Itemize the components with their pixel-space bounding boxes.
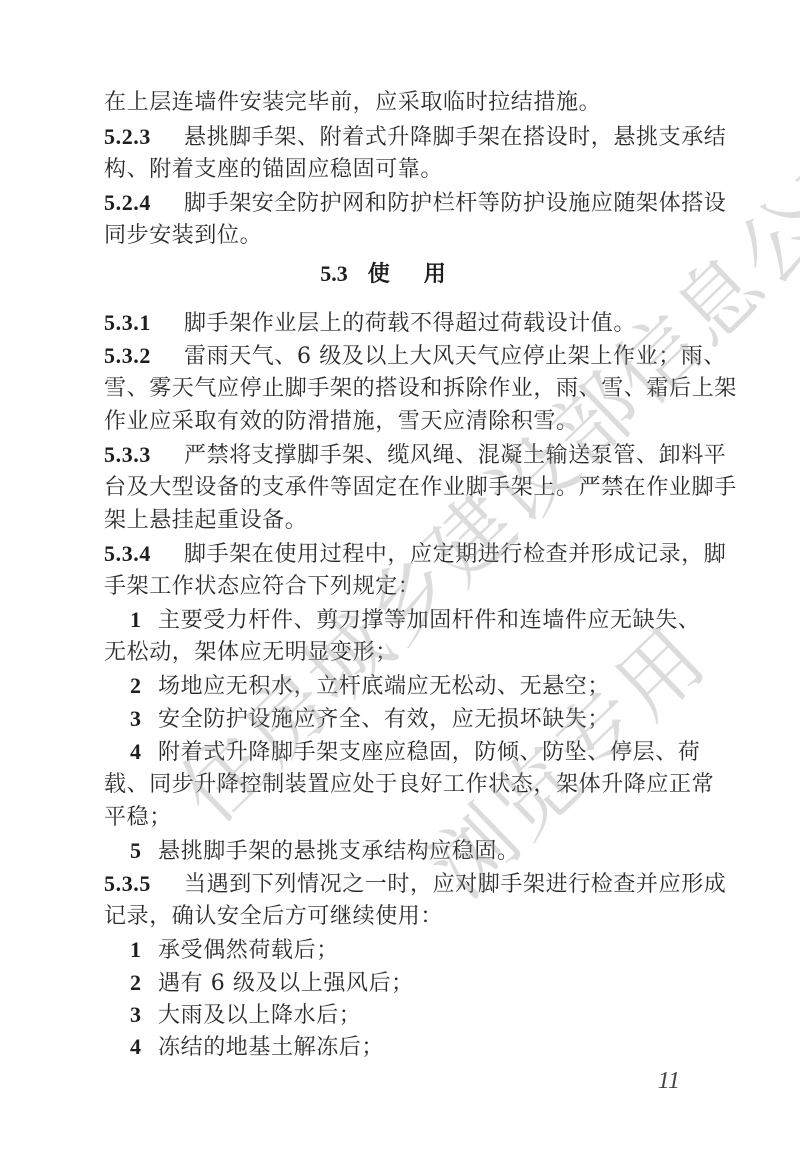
text-line: 载、同步升降控制装置应处于良好工作状态，架体升降应正常 — [104, 770, 704, 800]
item-text: 场地应无积水，立杆底端应无松动、无悬空； — [158, 674, 610, 699]
item-number: 2 — [130, 968, 158, 998]
list-item: 4冻结的地基土解冻后； — [130, 1032, 730, 1063]
section-heading: 5.3使用 — [0, 259, 800, 289]
item-number: 4 — [130, 1032, 158, 1062]
list-item: 4附着式升降脚手架支座应稳固，防倾、防坠、停层、荷 — [130, 737, 730, 768]
clause-number: 5.3.1 — [104, 308, 184, 338]
list-item: 5悬挑脚手架的悬挑支承结构应稳固。 — [130, 836, 730, 867]
clause-number: 5.2.3 — [104, 122, 184, 152]
clause-5-3-3: 5.3.3严禁将支撑脚手架、缆风绳、混凝土输送泵管、卸料平 — [104, 440, 704, 471]
clause-number: 5.3.4 — [104, 539, 184, 569]
text-line: 构、附着支座的锚固应稳固可靠。 — [104, 155, 704, 185]
clause-5-2-4: 5.2.4脚手架安全防护网和防护栏杆等防护设施应随架体搭设 — [104, 188, 704, 219]
item-text: 悬挑脚手架的悬挑支承结构应稳固。 — [158, 839, 520, 864]
text-line: 平稳； — [104, 803, 704, 833]
item-number: 2 — [130, 671, 158, 701]
paragraph-text: 在上层连墙件安装完毕前，应采取临时拉结措施。 — [104, 90, 601, 115]
clause-number: 5.3.2 — [104, 341, 184, 371]
item-text: 主要受力杆件、剪刀撑等加固杆件和连墙件应无缺失、 — [158, 608, 700, 633]
clause-text: 当遇到下列情况之一时，应对脚手架进行检查并应形成 — [184, 872, 726, 897]
paragraph-text: 同步安装到位。 — [104, 223, 262, 248]
paragraph-text: 无松动，架体应无明显变形； — [104, 640, 398, 665]
list-item: 2场地应无积水，立杆底端应无松动、无悬空； — [130, 671, 730, 702]
item-number: 3 — [130, 1000, 158, 1030]
clause-text: 脚手架在使用过程中，应定期进行检查并形成记录，脚 — [184, 542, 726, 567]
item-text: 大雨及以上降水后； — [158, 1003, 361, 1028]
item-text: 承受偶然荷载后； — [158, 938, 339, 963]
text-line: 台及大型设备的支承件等固定在作业脚手架上。严禁在作业脚手 — [104, 473, 704, 503]
text-line: 同步安装到位。 — [104, 221, 704, 251]
item-number: 3 — [130, 704, 158, 734]
clause-5-3-5: 5.3.5当遇到下列情况之一时，应对脚手架进行检查并应形成 — [104, 869, 704, 900]
section-title: 使用 — [368, 261, 480, 287]
clause-number: 5.3.5 — [104, 869, 184, 899]
text-line: 作业应采取有效的防滑措施，雪天应清除积雪。 — [104, 407, 704, 437]
item-number: 1 — [130, 935, 158, 965]
clause-number: 5.2.4 — [104, 188, 184, 218]
list-item: 1主要受力杆件、剪刀撑等加固杆件和连墙件应无缺失、 — [130, 605, 730, 636]
paragraph-text: 手架工作状态应符合下列规定： — [104, 574, 420, 599]
page-number: 11 — [630, 1068, 680, 1095]
clause-text: 脚手架作业层上的荷载不得超过荷载设计值。 — [184, 311, 636, 336]
paragraph-text: 记录，确认安全后方可继续使用： — [104, 904, 443, 929]
clause-text: 悬挑脚手架、附着式升降脚手架在搭设时，悬挑支承结 — [184, 125, 726, 150]
paragraph-text: 台及大型设备的支承件等固定在作业脚手架上。严禁在作业脚手 — [104, 475, 737, 500]
clause-text: 严禁将支撑脚手架、缆风绳、混凝土输送泵管、卸料平 — [184, 443, 726, 468]
paragraph-text: 架上悬挂起重设备。 — [104, 508, 307, 533]
clause-text: 脚手架安全防护网和防护栏杆等防护设施应随架体搭设 — [184, 191, 726, 216]
list-item: 1承受偶然荷载后； — [130, 935, 730, 966]
list-item: 3安全防护设施应齐全、有效，应无损坏缺失； — [130, 704, 730, 735]
clause-text: 雷雨天气、6 级及以上大风天气应停止架上作业；雨、 — [184, 344, 726, 369]
section-number: 5.3 — [320, 261, 348, 286]
paragraph-text: 平稳； — [104, 805, 172, 830]
text-line: 在上层连墙件安装完毕前，应采取临时拉结措施。 — [104, 88, 704, 118]
item-text: 附着式升降脚手架支座应稳固，防倾、防坠、停层、荷 — [158, 740, 700, 765]
item-number: 1 — [130, 605, 158, 635]
text-line: 雪、雾天气应停止脚手架的搭设和拆除作业，雨、雪、霜后上架 — [104, 374, 704, 404]
text-line: 手架工作状态应符合下列规定： — [104, 572, 704, 602]
paragraph-text: 构、附着支座的锚固应稳固可靠。 — [104, 157, 443, 182]
item-number: 4 — [130, 737, 158, 767]
text-line: 架上悬挂起重设备。 — [104, 506, 704, 536]
text-line: 记录，确认安全后方可继续使用： — [104, 902, 704, 932]
text-line: 无松动，架体应无明显变形； — [104, 638, 704, 668]
clause-5-2-3: 5.2.3悬挑脚手架、附着式升降脚手架在搭设时，悬挑支承结 — [104, 122, 704, 153]
clause-5-3-1: 5.3.1脚手架作业层上的荷载不得超过荷载设计值。 — [104, 308, 704, 339]
item-text: 遇有 6 级及以上强风后； — [158, 971, 414, 996]
item-number: 5 — [130, 836, 158, 866]
item-text: 安全防护设施应齐全、有效，应无损坏缺失； — [158, 707, 610, 732]
clause-5-3-2: 5.3.2雷雨天气、6 级及以上大风天气应停止架上作业；雨、 — [104, 341, 704, 372]
paragraph-text: 作业应采取有效的防滑措施，雪天应清除积雪。 — [104, 409, 579, 434]
item-text: 冻结的地基土解冻后； — [158, 1035, 384, 1060]
list-item: 2遇有 6 级及以上强风后； — [130, 968, 730, 999]
paragraph-text: 雪、雾天气应停止脚手架的搭设和拆除作业，雨、雪、霜后上架 — [104, 376, 737, 401]
clause-number: 5.3.3 — [104, 440, 184, 470]
list-item: 3大雨及以上降水后； — [130, 1000, 730, 1031]
document-page: 在上层连墙件安装完毕前，应采取临时拉结措施。 5.2.3悬挑脚手架、附着式升降脚… — [0, 0, 800, 1159]
clause-5-3-4: 5.3.4脚手架在使用过程中，应定期进行检查并形成记录，脚 — [104, 539, 704, 570]
paragraph-text: 载、同步升降控制装置应处于良好工作状态，架体升降应正常 — [104, 772, 714, 797]
